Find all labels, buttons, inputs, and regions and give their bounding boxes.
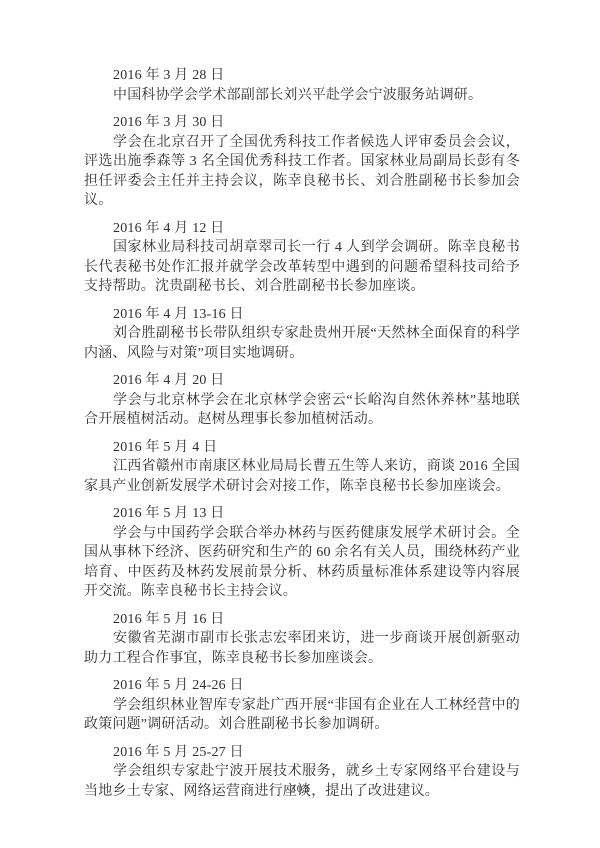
chronicle-entry: 2016 年 4 月 20 日 学会与北京林学会在北京林学会密云“长峪沟自然休养… — [84, 371, 520, 430]
entry-text: 学会在北京召开了全国优秀科技工作者候选人评审委员会会议，评选出施季森等 3 名全… — [84, 133, 520, 211]
chronicle-entry: 2016 年 5 月 16 日 安徽省芜湖市副市长张志宏率团来访，进一步商谈开展… — [84, 610, 520, 669]
entry-text: 学会组织林业智库专家赴广西开展“非国有企业在人工林经营中的政策问题”调研活动。刘… — [84, 696, 520, 735]
chronicle-entry: 2016 年 4 月 13-16 日 刘合胜副秘书长带队组织专家赴贵州开展“天然… — [84, 305, 520, 364]
chronicle-entry: 2016 年 5 月 24-26 日 学会组织林业智库专家赴广西开展“非国有企业… — [84, 676, 520, 735]
chronicle-entry: 2016 年 5 月 4 日 江西省赣州市南康区林业局局长曹五生等人来访，商谈 … — [84, 438, 520, 497]
entry-date: 2016 年 3 月 28 日 — [84, 66, 520, 86]
entry-date: 2016 年 4 月 13-16 日 — [84, 305, 520, 325]
entry-text: 中国科协学会学术部副部长刘兴平赴学会宁波服务站调研。 — [84, 86, 520, 106]
chronicle-entry: 2016 年 3 月 28 日 中国科协学会学术部副部长刘兴平赴学会宁波服务站调… — [84, 66, 520, 105]
entry-text: 学会与北京林学会在北京林学会密云“长峪沟自然休养林”基地联合开展植树活动。赵树丛… — [84, 391, 520, 430]
entry-date: 2016 年 5 月 25-27 日 — [84, 743, 520, 763]
entry-text: 安徽省芜湖市副市长张志宏率团来访，进一步商谈开展创新驱动助力工程合作事宜，陈幸良… — [84, 629, 520, 668]
page-number: 303 — [0, 782, 600, 796]
entry-text: 江西省赣州市南康区林业局局长曹五生等人来访，商谈 2016 全国家具产业创新发展… — [84, 457, 520, 496]
entry-text: 国家林业局科技司胡章翠司长一行 4 人到学会调研。陈幸良秘书长代表秘书处作汇报并… — [84, 238, 520, 297]
entry-date: 2016 年 3 月 30 日 — [84, 113, 520, 133]
entry-date: 2016 年 4 月 12 日 — [84, 219, 520, 239]
chronicle-entry: 2016 年 4 月 12 日 国家林业局科技司胡章翠司长一行 4 人到学会调研… — [84, 219, 520, 297]
entry-text: 刘合胜副秘书长带队组织专家赴贵州开展“天然林全面保育的科学内涵、风险与对策”项目… — [84, 324, 520, 363]
entry-date: 2016 年 4 月 20 日 — [84, 371, 520, 391]
entry-text: 学会与中国药学会联合举办林药与医药健康发展学术研讨会。全国从事林下经济、医药研究… — [84, 524, 520, 602]
chronicle-entries: 2016 年 3 月 28 日 中国科协学会学术部副部长刘兴平赴学会宁波服务站调… — [84, 66, 520, 801]
entry-date: 2016 年 5 月 24-26 日 — [84, 676, 520, 696]
entry-date: 2016 年 5 月 16 日 — [84, 610, 520, 630]
entry-date: 2016 年 5 月 4 日 — [84, 438, 520, 458]
document-page: 2016 年 3 月 28 日 中国科协学会学术部副部长刘兴平赴学会宁波服务站调… — [0, 0, 600, 848]
chronicle-entry: 2016 年 5 月 13 日 学会与中国药学会联合举办林药与医药健康发展学术研… — [84, 504, 520, 602]
entry-date: 2016 年 5 月 13 日 — [84, 504, 520, 524]
chronicle-entry: 2016 年 3 月 30 日 学会在北京召开了全国优秀科技工作者候选人评审委员… — [84, 113, 520, 211]
